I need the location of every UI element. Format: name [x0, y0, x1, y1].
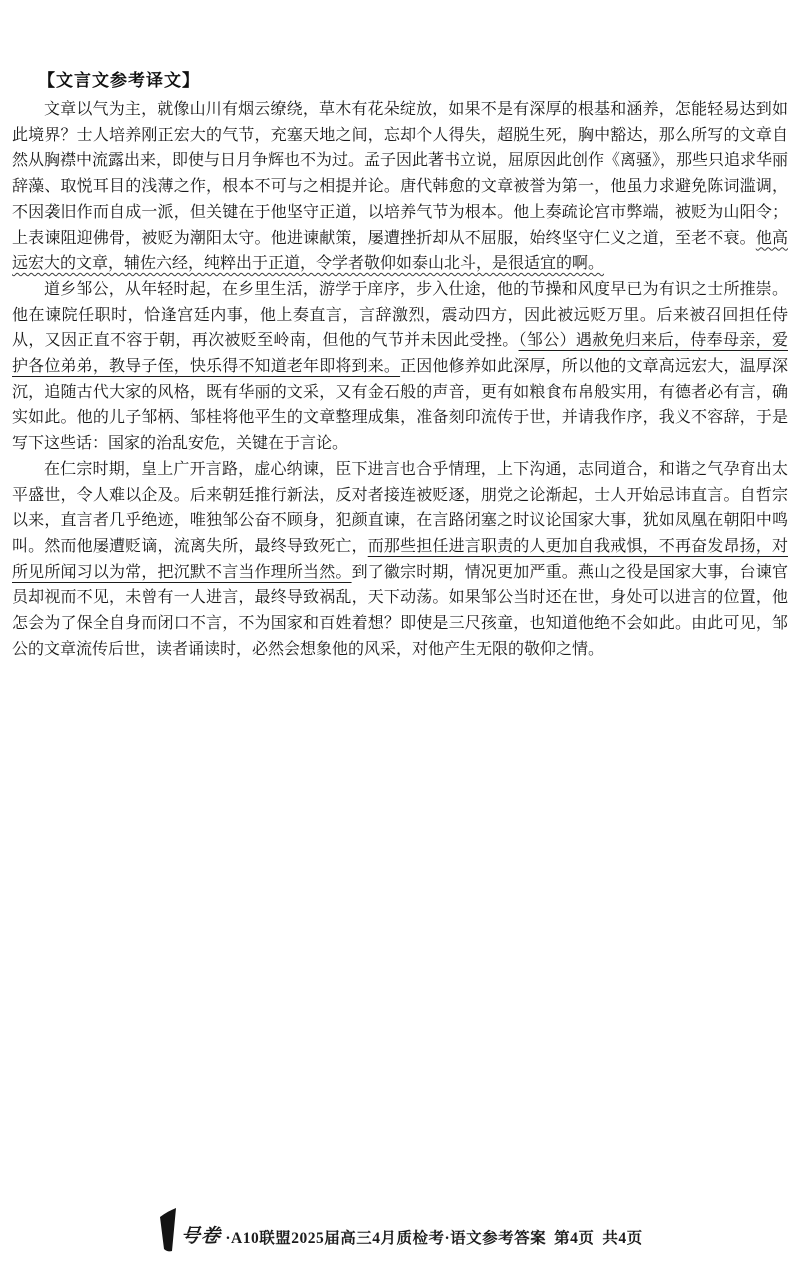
text-segment: 文章以气为主，就像山川有烟云缭绕，草木有花朵绽放，如果不是有深厚的根基和涵养，怎… [12, 101, 788, 247]
paragraph: 道乡邹公，从年轻时起，在乡里生活，游学于庠序，步入仕途，他的节操和风度早已为有识… [12, 277, 788, 457]
page-number: 第4页 [554, 1226, 594, 1248]
footer-exam-title: A10联盟2025届高三4月质检考·语文参考答案 [231, 1226, 546, 1248]
translation-text: 文章以气为主，就像山川有烟云缭绕，草木有花朵绽放，如果不是有深厚的根基和涵养，怎… [12, 97, 788, 662]
section-heading: 【文言文参考译文】 [38, 66, 788, 91]
page-footer: 号卷 · A10联盟2025届高三4月质检考·语文参考答案 第4页 共4页 [0, 1208, 800, 1248]
document-content: 【文言文参考译文】 文章以气为主，就像山川有烟云缭绕，草木有花朵绽放，如果不是有… [12, 66, 788, 662]
page-total: 共4页 [602, 1226, 642, 1248]
paragraph: 在仁宗时期，皇上广开言路，虚心纳谏，臣下进言也合乎情理，上下沟通，志同道合，和谐… [12, 457, 788, 663]
paragraph: 文章以气为主，就像山川有烟云缭绕，草木有花朵绽放，如果不是有深厚的根基和涵养，怎… [12, 97, 788, 277]
brand-name: 号卷 [180, 1221, 223, 1248]
document-page: 【文言文参考译文】 文章以气为主，就像山川有烟云缭绕，草木有花朵绽放，如果不是有… [0, 0, 800, 1279]
brand-logo-icon [157, 1208, 178, 1252]
